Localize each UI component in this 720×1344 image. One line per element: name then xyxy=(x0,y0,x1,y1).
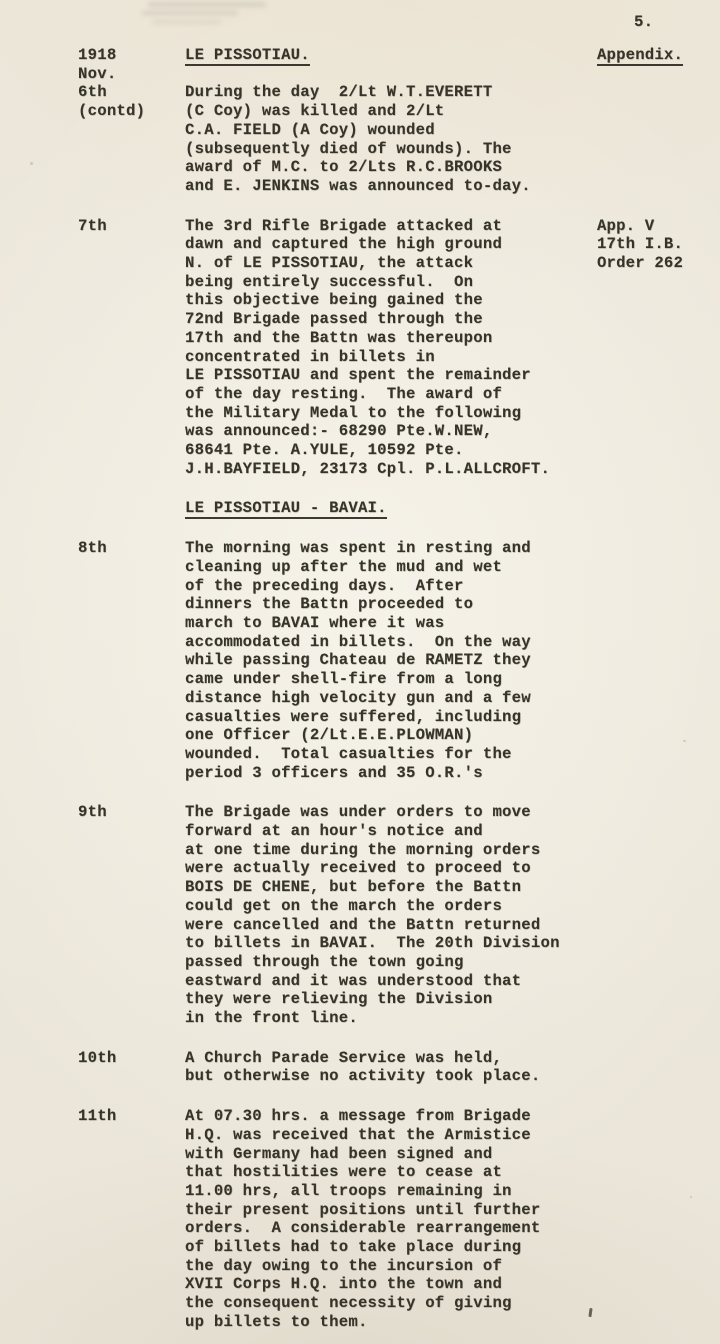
entry-body-line: The morning was spent in resting and xyxy=(185,539,597,558)
entry-body-line: dinners the Battn proceeded to xyxy=(185,595,597,614)
show-through-smudge xyxy=(142,11,238,15)
section-subheading-text: LE PISSOTIAU - BAVAI. xyxy=(185,499,387,519)
entry-body-line: casualties were suffered, including xyxy=(185,708,597,727)
entry-body-line: A Church Parade Service was held, xyxy=(185,1049,597,1068)
entry-body-line: were cancelled and the Battn returned xyxy=(185,916,597,935)
entry-body-line: their present positions until further xyxy=(185,1201,597,1220)
margin-note-text: Appendix. xyxy=(597,46,683,66)
margin-note-line: App. V xyxy=(597,217,720,236)
entry-body-line: 11.00 hrs, all troops remaining in xyxy=(185,1182,597,1201)
entry-body-line: passed through the town going xyxy=(185,953,597,972)
entry-body-line: of billets had to take place during xyxy=(185,1238,597,1257)
entry-body-line: march to BAVAI where it was xyxy=(185,614,597,633)
entry-body-line: the Military Medal to the following xyxy=(185,404,597,423)
entry-body-line: At 07.30 hrs. a message from Brigade xyxy=(185,1107,597,1126)
show-through-smudge xyxy=(152,20,222,24)
entry-body-line: 68641 Pte. A.YULE, 10592 Pte. xyxy=(185,441,597,460)
entry-body-line: of the day resting. The award of xyxy=(185,385,597,404)
entry-date: 11th xyxy=(78,1107,185,1331)
page-number: 5. xyxy=(634,13,653,32)
margin-note xyxy=(597,803,720,1027)
paper-speck xyxy=(30,162,33,165)
entry-body-line: accommodated in billets. On the way xyxy=(185,633,597,652)
paper-speck xyxy=(690,1196,692,1198)
entry-body-line: H.Q. was received that the Armistice xyxy=(185,1126,597,1145)
entry-body-line: XVII Corps H.Q. into the town and xyxy=(185,1275,597,1294)
entry-body-line: this objective being gained the xyxy=(185,291,597,310)
entry-body-line: forward at an hour's notice and xyxy=(185,822,597,841)
blank-line xyxy=(185,65,597,84)
entry-body-line: while passing Chateau de RAMETZ they xyxy=(185,651,597,670)
entry-body-line: distance high velocity gun and a few xyxy=(185,689,597,708)
entry-body-line: C.A. FIELD (A Coy) wounded xyxy=(185,121,597,140)
entry-date xyxy=(78,499,185,518)
entry-body-line: period 3 officers and 35 O.R.'s xyxy=(185,764,597,783)
subheading-cell: LE PISSOTIAU - BAVAI. xyxy=(185,499,597,518)
entry-body-line: LE PISSOTIAU and spent the remainder xyxy=(185,366,597,385)
margin-note xyxy=(597,539,720,782)
entry-body-line: award of M.C. to 2/Lts R.C.BROOKS xyxy=(185,158,597,177)
entry-date-line: 6th xyxy=(78,83,185,102)
margin-note xyxy=(597,1107,720,1331)
entry-body-line: N. of LE PISSOTIAU, the attack xyxy=(185,254,597,273)
entry-11th: 11thAt 07.30 hrs. a message from Brigade… xyxy=(0,1107,720,1331)
entry-date-line: 1918 xyxy=(78,46,185,65)
entry-body-line: J.H.BAYFIELD, 23173 Cpl. P.L.ALLCROFT. xyxy=(185,460,597,479)
entry-body-line: the day owing to the incursion of xyxy=(185,1257,597,1276)
entry-8th: 8thThe morning was spent in resting andc… xyxy=(0,539,720,782)
margin-note: Appendix. xyxy=(597,46,720,196)
entry-body-line: at one time during the morning orders xyxy=(185,841,597,860)
entry-date: 1918Nov.6th(contd) xyxy=(78,46,185,196)
entry-body-line: orders. A considerable rearrangement xyxy=(185,1219,597,1238)
entry-body-line: concentrated in billets in xyxy=(185,348,597,367)
entry-7th: 7thThe 3rd Rifle Brigade attacked atdawn… xyxy=(0,217,720,479)
margin-note-line: Order 262 xyxy=(597,254,720,273)
entry-body-line: and E. JENKINS was announced to-day. xyxy=(185,177,597,196)
section-heading-text: LE PISSOTIAU. xyxy=(185,46,310,66)
margin-note: App. V17th I.B.Order 262 xyxy=(597,217,720,479)
entry-body-line: 17th and the Battn was thereupon xyxy=(185,329,597,348)
subheading-row-le-pissotiau-bavai: LE PISSOTIAU - BAVAI. xyxy=(0,499,720,518)
paper-speck xyxy=(683,740,686,742)
entry-body: At 07.30 hrs. a message from BrigadeH.Q.… xyxy=(185,1107,597,1331)
section-subheading: LE PISSOTIAU - BAVAI. xyxy=(185,499,597,518)
entry-body: The Brigade was under orders to moveforw… xyxy=(185,803,597,1027)
entry-date-line: 8th xyxy=(78,539,185,558)
entry-10th: 10thA Church Parade Service was held,but… xyxy=(0,1049,720,1086)
entry-date-line: 10th xyxy=(78,1049,185,1068)
margin-note-line: Appendix. xyxy=(597,46,720,65)
entry-date-line: (contd) xyxy=(78,102,185,121)
entry-body-line: up billets to them. xyxy=(185,1313,597,1332)
entry-body-line: eastward and it was understood that xyxy=(185,972,597,991)
entry-body-line: but otherwise no activity took place. xyxy=(185,1067,597,1086)
entry-body-line: in the front line. xyxy=(185,1009,597,1028)
entry-date-line: 7th xyxy=(78,217,185,236)
entry-date: 8th xyxy=(78,539,185,782)
section-heading: LE PISSOTIAU. xyxy=(185,46,597,65)
entry-date-line: 11th xyxy=(78,1107,185,1126)
entry-body-line: (C Coy) was killed and 2/Lt xyxy=(185,102,597,121)
show-through-smudge xyxy=(148,2,266,7)
entry-body-line: (subsequently died of wounds). The xyxy=(185,140,597,159)
entry-body-line: dawn and captured the high ground xyxy=(185,235,597,254)
entry-body-line: they were relieving the Division xyxy=(185,990,597,1009)
entry-body-line: to billets in BAVAI. The 20th Division xyxy=(185,934,597,953)
entry-body-line: BOIS DE CHENE, but before the Battn xyxy=(185,878,597,897)
entry-body-line: the consequent necessity of giving xyxy=(185,1294,597,1313)
entry-body-line: that hostilities were to cease at xyxy=(185,1163,597,1182)
margin-note xyxy=(597,1049,720,1086)
margin-note xyxy=(597,499,720,518)
entry-body: The morning was spent in resting andclea… xyxy=(185,539,597,782)
entry-body-line: wounded. Total casualties for the xyxy=(185,745,597,764)
entry-body-line: came under shell-fire from a long xyxy=(185,670,597,689)
entry-body: A Church Parade Service was held,but oth… xyxy=(185,1049,597,1086)
entry-date: 7th xyxy=(78,217,185,479)
margin-note-line: 17th I.B. xyxy=(597,235,720,254)
entry-body: LE PISSOTIAU. During the day 2/Lt W.T.EV… xyxy=(185,46,597,196)
entry-body-line: of the preceding days. After xyxy=(185,577,597,596)
document-sections: 1918Nov.6th(contd)LE PISSOTIAU. During t… xyxy=(0,46,720,1332)
diary-page: 5. 1918Nov.6th(contd)LE PISSOTIAU. Durin… xyxy=(0,0,720,1344)
entry-body-line: 72nd Brigade passed through the xyxy=(185,310,597,329)
entry-date: 10th xyxy=(78,1049,185,1086)
entry-date-line: 9th xyxy=(78,803,185,822)
entry-date-line: Nov. xyxy=(78,65,185,84)
entry-body-line: could get on the march the orders xyxy=(185,897,597,916)
entry-body-line: being entirely successful. On xyxy=(185,273,597,292)
entry-body-line: with Germany had been signed and xyxy=(185,1145,597,1164)
entry-body-line: During the day 2/Lt W.T.EVERETT xyxy=(185,83,597,102)
entry-9th: 9thThe Brigade was under orders to movef… xyxy=(0,803,720,1027)
entry-body: The 3rd Rifle Brigade attacked atdawn an… xyxy=(185,217,597,479)
entry-6th-contd: 1918Nov.6th(contd)LE PISSOTIAU. During t… xyxy=(0,46,720,196)
entry-body-line: The Brigade was under orders to move xyxy=(185,803,597,822)
entry-body-line: was announced:- 68290 Pte.W.NEW, xyxy=(185,422,597,441)
entry-date: 9th xyxy=(78,803,185,1027)
entry-body-line: one Officer (2/Lt.E.E.PLOWMAN) xyxy=(185,726,597,745)
entry-body-line: cleaning up after the mud and wet xyxy=(185,558,597,577)
entry-body-line: The 3rd Rifle Brigade attacked at xyxy=(185,217,597,236)
entry-body-line: were actually received to proceed to xyxy=(185,859,597,878)
